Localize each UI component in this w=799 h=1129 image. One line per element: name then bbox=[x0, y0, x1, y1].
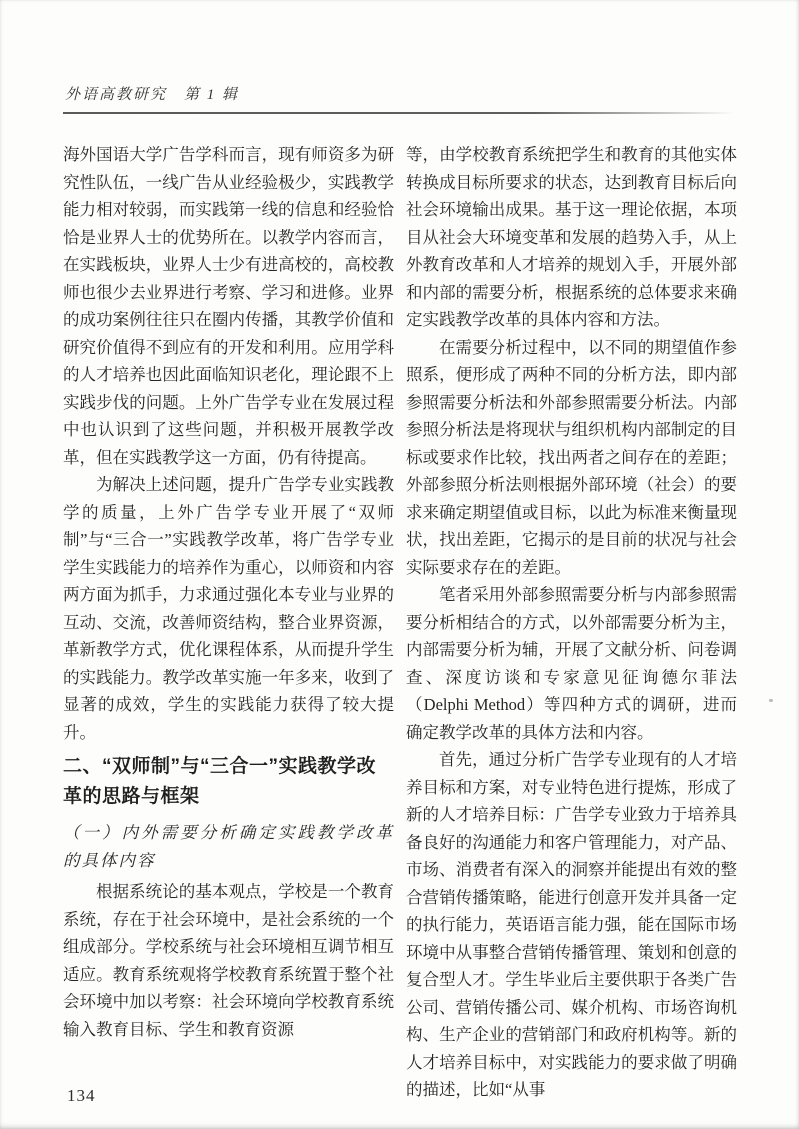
paragraph-continuation: 海外国语大学广告学科而言，现有师资多为研究性队伍，一线广告从业经验极少，实践教学… bbox=[63, 141, 394, 471]
header-rule bbox=[63, 112, 735, 114]
scan-artifact bbox=[769, 699, 773, 702]
running-header: 外语高教研究 第 1 辑 bbox=[65, 83, 239, 104]
paragraph: 笔者采用外部参照需要分析与内部参照需要分析相结合的方式，以外部需要分析为主，内部… bbox=[406, 581, 737, 746]
paragraph: 首先，通过分析广告学专业现有的人才培养目标和方案，对专业特色进行提炼，形成了新的… bbox=[406, 746, 737, 1104]
subsection-heading: （一）内外需要分析确定实践教学改革的具体内容 bbox=[63, 819, 394, 874]
paragraph: 根据系统论的基本观点，学校是一个教育系统，存在于社会环境中，是社会系统的一个组成… bbox=[63, 878, 394, 1043]
two-column-text: 海外国语大学广告学科而言，现有师资多为研究性队伍，一线广告从业经验极少，实践教学… bbox=[63, 141, 737, 1104]
section-heading: 二、“双师制”与“三合一”实践教学改革的思路与框架 bbox=[63, 752, 394, 812]
paragraph: 在需要分析过程中，以不同的期望值作参照系，便形成了两种不同的分析方法，即内部参照… bbox=[406, 334, 737, 582]
scanned-book-page: 外语高教研究 第 1 辑 海外国语大学广告学科而言，现有师资多为研究性队伍，一线… bbox=[0, 0, 799, 1129]
scan-artifact bbox=[661, 1067, 664, 1069]
paragraph: 为解决上述问题，提升广告学专业实践教学的质量，上外广告学专业开展了“双师制”与“… bbox=[63, 471, 394, 746]
right-column: 等，由学校教育系统把学生和教育的其他实体转换成目标所要求的状态，达到教育目标后向… bbox=[406, 141, 737, 1104]
page-number: 134 bbox=[67, 1086, 96, 1106]
paragraph-continuation: 等，由学校教育系统把学生和教育的其他实体转换成目标所要求的状态，达到教育目标后向… bbox=[406, 141, 737, 334]
left-column: 海外国语大学广告学科而言，现有师资多为研究性队伍，一线广告从业经验极少，实践教学… bbox=[63, 141, 394, 1104]
